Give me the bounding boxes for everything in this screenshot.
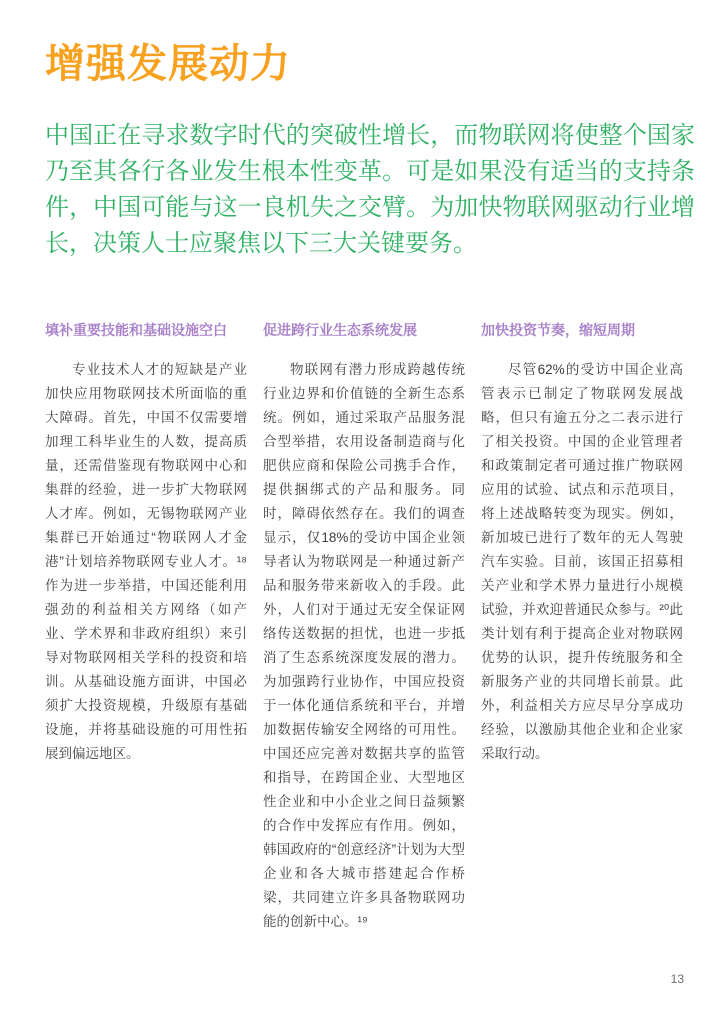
report-page: 增强发展动力 中国正在寻求数字时代的突破性增长，而物联网将使整个国家乃至其各行各… [0, 0, 724, 1024]
three-column-layout: 填补重要技能和基础设施空白 专业技术人才的短缺是产业加快应用物联网技术所面临的重… [45, 322, 724, 934]
intro-paragraph: 中国正在寻求数字时代的突破性增长，而物联网将使整个国家乃至其各行各业发生根本性变… [45, 118, 695, 262]
column-investment-pace: 加快投资节奏，缩短周期 尽管62%的受访中国企业高管表示已制定了物联网发展战略，… [481, 322, 683, 934]
page-number: 13 [660, 972, 684, 986]
column-body: 专业技术人才的短缺是产业加快应用物联网技术所面临的重大障碍。首先，中国不仅需要增… [45, 358, 247, 766]
column-ecosystems: 促进跨行业生态系统发展 物联网有潜力形成跨越传统行业边界和价值链的全新生态系统。… [263, 322, 465, 934]
column-heading: 加快投资节奏，缩短周期 [481, 322, 683, 338]
column-skills-infrastructure: 填补重要技能和基础设施空白 专业技术人才的短缺是产业加快应用物联网技术所面临的重… [45, 322, 247, 934]
column-heading: 促进跨行业生态系统发展 [263, 322, 465, 338]
column-body: 尽管62%的受访中国企业高管表示已制定了物联网发展战略，但只有逾五分之二表示进行… [481, 358, 683, 766]
page-title: 增强发展动力 [45, 43, 724, 85]
column-heading: 填补重要技能和基础设施空白 [45, 322, 247, 338]
column-body: 物联网有潜力形成跨越传统行业边界和价值链的全新生态系统。例如，通过采取产品服务混… [263, 358, 465, 934]
